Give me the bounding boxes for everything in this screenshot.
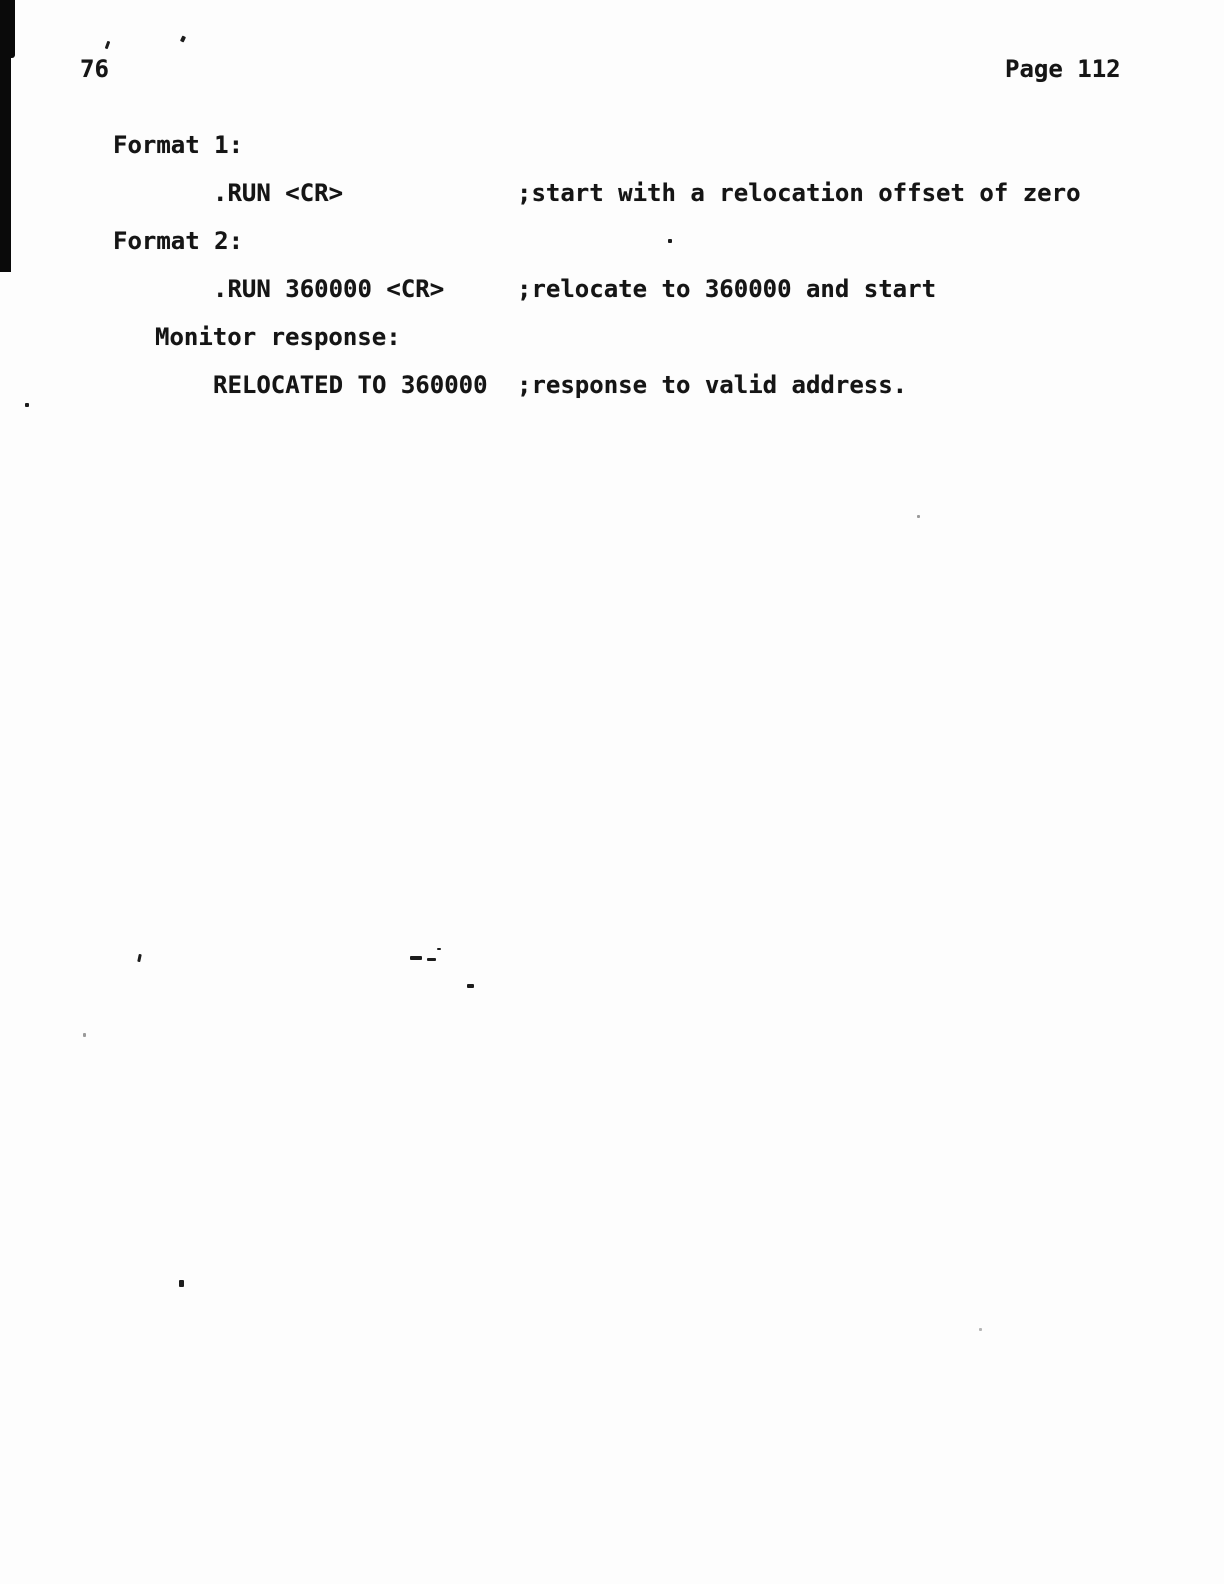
page-number-left: 76 [80,56,109,82]
scan-speck-dot-lower-left [83,1033,86,1037]
scan-mark-dash-2 [427,958,436,961]
page-label-right: Page 112 [1005,56,1121,82]
scan-mark-dash-3 [467,984,474,988]
scanned-document-page: 76 Page 112 Format 1: .RUN <CR> ;start w… [0,0,1224,1584]
format-1-heading: Format 1: [113,132,243,158]
scan-speck-dot-lower-right [979,1328,982,1331]
scan-speck-quote-1 [105,41,111,50]
format-2-comment: ;relocate to 360000 and start [517,276,936,302]
scan-speck-dash-small [437,948,441,950]
format-2-heading: Format 2: [113,228,243,254]
format-1-command: .RUN <CR> [213,180,343,206]
scan-speck-quote-2 [180,35,186,42]
scan-speck-dot-left [25,403,29,407]
monitor-response-heading: Monitor response: [155,324,401,350]
format-2-command: .RUN 360000 <CR> [213,276,444,302]
scan-mark-dash-1 [410,956,422,960]
monitor-response-comment: ;response to valid address. [517,372,907,398]
format-1-comment: ;start with a relocation offset of zero [517,180,1081,206]
scan-mark-lower-left [179,1280,184,1287]
scan-speck-dot-mid [668,239,672,243]
scan-speck-tick [137,954,142,962]
scan-speck-dot-right [917,515,920,518]
scan-artifact-left-bar-top [0,0,15,58]
monitor-response-value: RELOCATED TO 360000 [213,372,488,398]
